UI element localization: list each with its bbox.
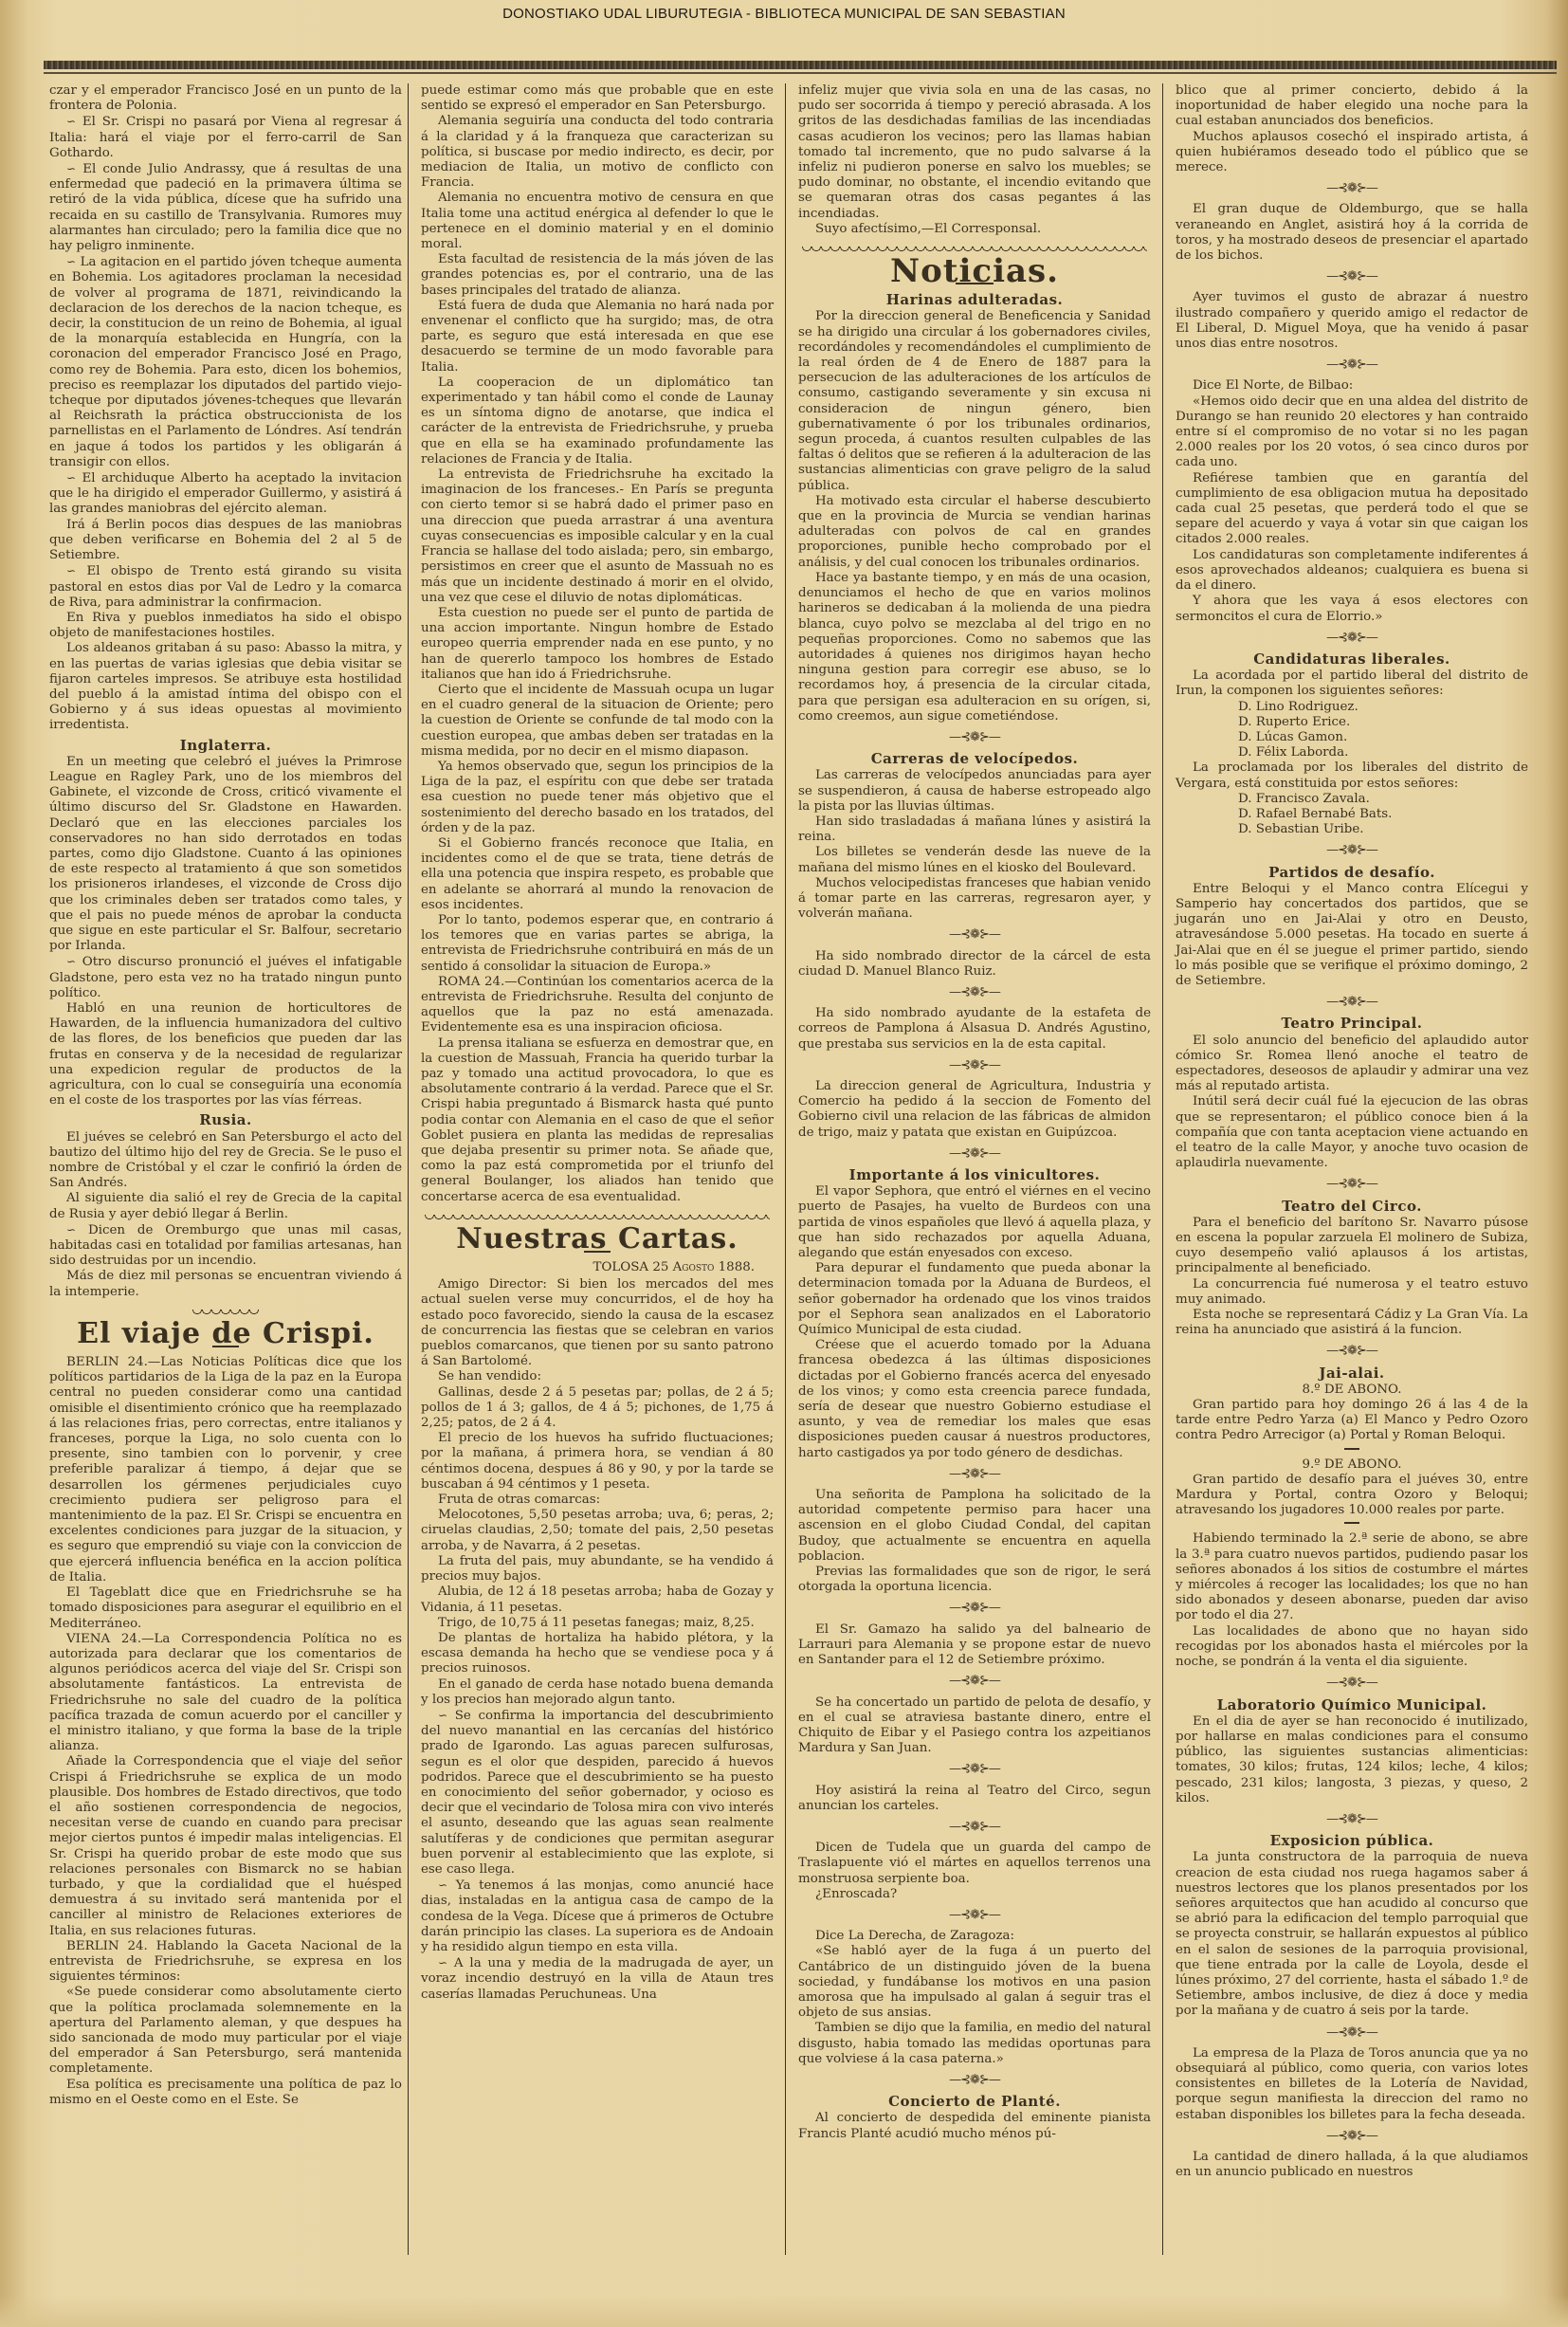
column-3: infeliz mujer que vivia sola en una de l…	[798, 83, 1151, 2142]
fleuron-ornament-icon: —⊰❁⊱—	[798, 2073, 1151, 2088]
paragraph: Si el Gobierno francés reconoce que Ital…	[421, 836, 774, 913]
paragraph: En un meeting que celebró el juéves la P…	[49, 755, 402, 955]
section-heading-teatro-circo: Teatro del Circo.	[1176, 1199, 1528, 1214]
paragraph: Se ha concertado un partido de pelota de…	[798, 1695, 1151, 1757]
paragraph: La acordada por el partido liberal del d…	[1176, 669, 1528, 699]
paragraph: Las localidades de abono que no hayan si…	[1176, 1624, 1528, 1671]
paragraph: La fruta del pais, muy abundante, se ha …	[421, 1554, 774, 1585]
column-2: puede estimar como más que probable que …	[421, 83, 774, 2003]
candidate-list-item: D. Rafael Bernabé Bats.	[1176, 807, 1528, 822]
paragraph: La direccion general de Agricultura, Ind…	[798, 1079, 1151, 1141]
paragraph: El Sr. Gamazo ha salido ya del balneario…	[798, 1622, 1151, 1669]
paragraph: Los billetes se venderán desde las nueve…	[798, 845, 1151, 875]
paragraph: De plantas de hortaliza ha habido plétor…	[421, 1631, 774, 1677]
tilde-ornament-icon: ∽	[66, 115, 76, 128]
tilde-ornament-icon: ∽	[66, 471, 76, 485]
paragraph: Por lo tanto, podemos esperar que, en co…	[421, 913, 774, 975]
short-dash-divider	[1344, 1448, 1359, 1450]
paragraph: Entre Beloqui y el Manco contra Elícegui…	[1176, 882, 1528, 989]
fleuron-ornament-icon: —⊰❁⊱—	[798, 1762, 1151, 1777]
tilde-ornament-icon: ∽	[66, 162, 76, 175]
column-1: czar y el emperador Francisco José en un…	[49, 83, 402, 2108]
fleuron-ornament-icon: —⊰❁⊱—	[798, 927, 1151, 943]
section-heading-teatro-principal: Teatro Principal.	[1176, 1016, 1528, 1031]
column-divider	[1162, 83, 1163, 2255]
paragraph: blico que al primer concierto, debido á …	[1176, 83, 1528, 130]
paragraph: Ya hemos observado que, segun los princi…	[421, 760, 774, 836]
paragraph: Ha sido nombrado ayudante de la estafeta…	[798, 1006, 1151, 1053]
paragraph: puede estimar como más que probable que …	[421, 83, 774, 114]
paragraph: ∽ Ya tenemos á las monjas, como anuncié …	[421, 1878, 774, 1955]
paragraph: Está fuera de duda que Alemania no hará …	[421, 299, 774, 376]
tilde-ornament-icon: ∽	[438, 1956, 447, 1970]
paragraph: Alubia, de 12 á 18 pesetas arroba; haba …	[421, 1585, 774, 1615]
paragraph: BERLIN 24. Hablando la Gaceta Nacional d…	[49, 1939, 402, 1986]
paragraph: Gran partido de desafío para el juéves 3…	[1176, 1473, 1528, 1519]
paragraph: El vapor Sephora, que entró el viérnes e…	[798, 1184, 1151, 1261]
paragraph: Tambien se dijo que la familia, en medio…	[798, 2021, 1151, 2067]
paragraph: Melocotones, 5,50 pesetas arroba; uva, 6…	[421, 1508, 774, 1554]
fleuron-ornament-icon: —⊰❁⊱—	[1176, 631, 1528, 646]
fleuron-ornament-icon: —⊰❁⊱—	[798, 1058, 1151, 1073]
candidate-list-item: D. Sebastian Uribe.	[1176, 822, 1528, 837]
paragraph: Al concierto de despedida del eminente p…	[798, 2111, 1151, 2141]
paragraph: Gallinas, desde 2 á 5 pesetas par; polla…	[421, 1385, 774, 1432]
fleuron-ornament-icon: —⊰❁⊱—	[1176, 1676, 1528, 1691]
paragraph: Muchos aplausos cosechó el inspirado art…	[1176, 130, 1528, 176]
fleuron-ornament-icon: —⊰❁⊱—	[1176, 995, 1528, 1010]
section-heading-plante: Concierto de Planté.	[798, 2094, 1151, 2109]
article-title-nuestras-cartas: Nuestras Cartas.	[421, 1232, 774, 1247]
paragraph: Habló en una reunion de horticultores de…	[49, 1001, 402, 1109]
fleuron-ornament-icon: —⊰❁⊱—	[1176, 2025, 1528, 2041]
paragraph: ¿Enroscada?	[798, 1887, 1151, 1902]
short-dash-divider	[1344, 1522, 1359, 1524]
paragraph: ∽ A la una y media de la madrugada de ay…	[421, 1955, 774, 2003]
paragraph: El solo anuncio del beneficio del aplaud…	[1176, 1034, 1528, 1095]
dateline: TOLOSA 25 Agosto 1888.	[421, 1260, 755, 1275]
paragraph: Dicen de Tudela que un guarda del campo …	[798, 1841, 1151, 1887]
paragraph: Han sido trasladadas á mañana lúnes y as…	[798, 815, 1151, 845]
paragraph: Por la direccion general de Beneficencia…	[798, 309, 1151, 493]
paragraph: ∽ Dicen de Oremburgo que unas mil casas,…	[49, 1222, 402, 1270]
paragraph: La proclamada por los liberales del dist…	[1176, 760, 1528, 791]
paragraph: Cierto que el incidente de Massuah ocupa…	[421, 683, 774, 760]
paragraph: ∽ El archiduque Alberto ha aceptado la i…	[49, 470, 402, 518]
candidate-list-item: D. Francisco Zavala.	[1176, 792, 1528, 807]
paragraph: Los aldeanos gritaban á su paso: Abasso …	[49, 641, 402, 733]
paragraph: BERLIN 24.—Las Noticias Políticas dice q…	[49, 1355, 402, 1585]
paragraph: El juéves se celebró en San Petersburgo …	[49, 1130, 402, 1192]
fleuron-ornament-icon: —⊰❁⊱—	[798, 985, 1151, 1000]
paragraph: En el dia de ayer se han reconocido é in…	[1176, 1714, 1528, 1806]
tilde-ornament-icon: ∽	[66, 564, 76, 577]
paragraph: Para depurar el fundamento que pueda abo…	[798, 1261, 1151, 1338]
column-divider	[408, 83, 409, 2255]
section-heading-candidaturas: Candidaturas liberales.	[1176, 651, 1528, 667]
paragraph: Gran partido para hoy domingo 26 á las 4…	[1176, 1398, 1528, 1444]
fleuron-ornament-icon: —⊰❁⊱—	[1176, 269, 1528, 284]
column-4: blico que al primer concierto, debido á …	[1176, 83, 1528, 2180]
library-banner: DONOSTIAKO UDAL LIBURUTEGIA - BIBLIOTECA…	[0, 6, 1568, 22]
section-heading-desafio: Partidos de desafío.	[1176, 865, 1528, 880]
paragraph: Hace ya bastante tiempo, y en más de una…	[798, 571, 1151, 724]
paragraph: Alemania no encuentra motivo de censura …	[421, 191, 774, 252]
section-heading-exposicion: Exposicion pública.	[1176, 1833, 1528, 1848]
fleuron-ornament-icon: —⊰❁⊱—	[798, 730, 1151, 745]
tilde-ornament-icon: ∽	[66, 1223, 76, 1237]
paragraph: Hoy asistirá la reina al Teatro del Circ…	[798, 1784, 1151, 1814]
fleuron-ornament-icon: —⊰❁⊱—	[1176, 2129, 1528, 2144]
paragraph: ∽ Otro discurso pronunció el juéves el i…	[49, 954, 402, 1001]
fleuron-ornament-icon: —⊰❁⊱—	[1176, 181, 1528, 196]
column-divider	[785, 83, 786, 2255]
fleuron-ornament-icon: —⊰❁⊱—	[798, 1908, 1151, 1923]
paragraph: La prensa italiana se esfuerza en demost…	[421, 1036, 774, 1205]
paragraph: «Se habló ayer de la fuga á un puerto de…	[798, 1944, 1151, 2021]
paragraph: La cantidad de dinero hallada, á la que …	[1176, 2150, 1528, 2180]
paragraph: Previas las formalidades que son de rigo…	[798, 1565, 1151, 1595]
candidate-list-item: D. Lino Rodriguez.	[1176, 700, 1528, 715]
section-heading-carreras: Carreras de velocípedos.	[798, 751, 1151, 766]
tilde-ornament-icon: ∽	[66, 255, 76, 268]
candidate-list-item: D. Félix Laborda.	[1176, 745, 1528, 760]
subheading-abono-9: 9.º DE ABONO.	[1176, 1457, 1528, 1473]
section-heading-rusia: Rusia.	[49, 1112, 402, 1127]
paragraph: La junta constructora de la parroquia de…	[1176, 1850, 1528, 2019]
paragraph: Amigo Director: Si bien los mercados del…	[421, 1277, 774, 1369]
paragraph: Al siguiente dia salió el rey de Grecia …	[49, 1191, 402, 1221]
paragraph: Inútil será decir cuál fué la ejecucion …	[1176, 1094, 1528, 1171]
paragraph: Ha motivado esta circular el haberse des…	[798, 494, 1151, 571]
paragraph: En el ganado de cerda hase notado buena …	[421, 1677, 774, 1708]
paragraph: Esta noche se representará Cádiz y La Gr…	[1176, 1308, 1528, 1338]
paragraph: Los candidaturas son completamente indif…	[1176, 548, 1528, 595]
paragraph: La empresa de la Plaza de Toros anuncia …	[1176, 2046, 1528, 2123]
candidate-list-item: D. Lúcas Gamon.	[1176, 730, 1528, 745]
paragraph: Se han vendido:	[421, 1369, 774, 1384]
paragraph: ROMA 24.—Continúan los comentarios acerc…	[421, 975, 774, 1036]
tilde-ornament-icon: ∽	[438, 1878, 447, 1892]
paragraph: Para el beneficio del barítono Sr. Navar…	[1176, 1216, 1528, 1277]
candidate-list-item: D. Ruperto Erice.	[1176, 715, 1528, 730]
paragraph: Una señorita de Pamplona ha solicitado d…	[798, 1488, 1151, 1565]
paragraph: El gran duque de Oldemburgo, que se hall…	[1176, 202, 1528, 264]
paragraph: Muchos velocipedistas franceses que habi…	[798, 876, 1151, 923]
paragraph: Más de diez mil personas se encuentran v…	[49, 1269, 402, 1299]
paragraph: El Tageblatt dice que en Friedrichsruhe …	[49, 1585, 402, 1632]
paragraph: Trigo, de 10,75 á 11 pesetas fanegas; ma…	[421, 1616, 774, 1631]
paragraph: Ayer tuvimos el gusto de abrazar á nuest…	[1176, 290, 1528, 352]
paragraph: Ha sido nombrado director de la cárcel d…	[798, 949, 1151, 980]
paragraph: Dice La Derecha, de Zaragoza:	[798, 1929, 1151, 1944]
paragraph: Habiendo terminado la 2.ª serie de abono…	[1176, 1531, 1528, 1623]
fleuron-ornament-icon: —⊰❁⊱—	[798, 1820, 1151, 1835]
paragraph: ∽ Se confirma la importancia del descubr…	[421, 1708, 774, 1878]
paragraph: Esta facultad de resistencia de la más j…	[421, 252, 774, 299]
paragraph: El precio de los huevos ha sufrido fluct…	[421, 1431, 774, 1493]
paragraph: Irá á Berlin pocos dias despues de las m…	[49, 518, 402, 564]
paragraph: Añade la Correspondencia que el viaje de…	[49, 1754, 402, 1938]
fleuron-ornament-icon: —⊰❁⊱—	[1176, 1177, 1528, 1192]
tilde-ornament-icon: ∽	[438, 1709, 447, 1722]
wave-divider	[425, 1215, 770, 1222]
masthead-rule	[44, 61, 1557, 69]
paragraph: Y ahora que les vaya á esos electores co…	[1176, 594, 1528, 624]
section-heading-jaialai: Jai-alai.	[1176, 1365, 1528, 1381]
paragraph: La concurrencia fué numerosa y el teatro…	[1176, 1277, 1528, 1308]
fleuron-ornament-icon: —⊰❁⊱—	[1176, 1344, 1528, 1359]
paragraph: «Se puede considerar como absolutamente …	[49, 1985, 402, 2077]
fleuron-ornament-icon: —⊰❁⊱—	[798, 1146, 1151, 1162]
article-title-viaje-crispi: El viaje de Crispi.	[49, 1327, 402, 1342]
section-heading-laboratorio: Laboratorio Químico Municipal.	[1176, 1697, 1528, 1713]
paragraph: La cooperacion de un diplomático tan exp…	[421, 376, 774, 467]
fleuron-ornament-icon: —⊰❁⊱—	[798, 1674, 1151, 1689]
section-heading-harinas: Harinas adulteradas.	[798, 292, 1151, 307]
paragraph: ∽ El Sr. Crispi no pasará por Viena al r…	[49, 114, 402, 161]
paragraph: Créese que el acuerdo tomado por la Adua…	[798, 1338, 1151, 1461]
columns-container: czar y el emperador Francisco José en un…	[44, 83, 1557, 2293]
paragraph: VIENA 24.—La Correspondencia Política no…	[49, 1632, 402, 1755]
page-bottom-margin	[0, 2295, 1568, 2327]
section-heading-inglaterra: Inglaterra.	[49, 738, 402, 753]
paragraph: Fruta de otras comarcas:	[421, 1493, 774, 1508]
signature: Suyo afectísimo,—El Corresponsal.	[798, 222, 1151, 237]
paragraph: «Hemos oido decir que en una aldea del d…	[1176, 394, 1528, 471]
paragraph: czar y el emperador Francisco José en un…	[49, 83, 402, 114]
fleuron-ornament-icon: —⊰❁⊱—	[1176, 357, 1528, 373]
paragraph: ∽ El conde Julio Andrassy, que á resulta…	[49, 161, 402, 254]
paragraph: En Riva y pueblos inmediatos ha sido el …	[49, 611, 402, 641]
wave-divider	[192, 1310, 259, 1317]
fleuron-ornament-icon: —⊰❁⊱—	[798, 1601, 1151, 1616]
fleuron-ornament-icon: —⊰❁⊱—	[798, 1467, 1151, 1482]
section-title-noticias: Noticias.	[798, 264, 1151, 279]
paragraph: ∽ El obispo de Trento está girando su vi…	[49, 563, 402, 611]
paragraph: Refiérese tambien que en garantía del cu…	[1176, 471, 1528, 548]
fleuron-ornament-icon: —⊰❁⊱—	[1176, 1812, 1528, 1827]
masthead-rule-thin	[44, 72, 1557, 74]
paragraph: ∽ La agitacion en el partido jóven tcheq…	[49, 254, 402, 470]
subheading-abono-8: 8.º DE ABONO.	[1176, 1383, 1528, 1398]
section-heading-vinicultores: Importante á los vinicultores.	[798, 1167, 1151, 1182]
paragraph: Alemania seguiría una conducta del todo …	[421, 114, 774, 191]
paragraph: infeliz mujer que vivia sola en una de l…	[798, 83, 1151, 222]
paragraph: Esta cuestion no puede ser el punto de p…	[421, 606, 774, 683]
paragraph: Dice El Norte, de Bilbao:	[1176, 378, 1528, 394]
tilde-ornament-icon: ∽	[66, 955, 76, 968]
paragraph: La entrevista de Friedrichsruhe ha excit…	[421, 467, 774, 606]
paragraph: Esa política es precisamente una polític…	[49, 2078, 402, 2108]
fleuron-ornament-icon: —⊰❁⊱—	[1176, 843, 1528, 858]
paragraph: Las carreras de velocípedos anunciadas p…	[798, 768, 1151, 815]
newspaper-page: DONOSTIAKO UDAL LIBURUTEGIA - BIBLIOTECA…	[0, 0, 1568, 2327]
